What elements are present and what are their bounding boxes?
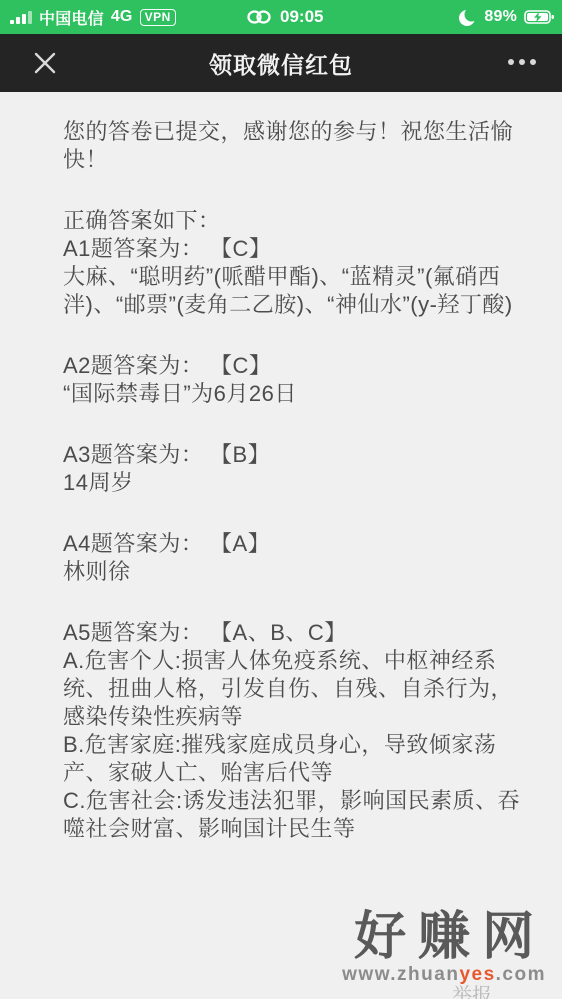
answer-content: 您的答卷已提交，感谢您的参与！祝您生活愉快！正确答案如下：A1题答案为： 【C】… <box>0 92 562 843</box>
status-bar-right: 89% <box>458 0 555 34</box>
carrier-label: 中国电信 <box>39 6 104 29</box>
text-line: 产、家破人亡、贻害后代等 <box>63 759 522 787</box>
text-line: A2题答案为： 【C】 <box>63 352 522 380</box>
network-type-label: 4G <box>111 8 133 26</box>
site-url-highlight: yes <box>459 964 495 985</box>
text-line: 噬社会财富、影响国计民生等 <box>63 815 522 843</box>
page-title: 领取微信红包 <box>0 34 562 92</box>
time-label: 09:05 <box>280 7 323 27</box>
text-line: 感染传染性疾病等 <box>63 703 522 731</box>
page: 中国电信 4G VPN 09:05 89% <box>0 0 562 999</box>
text-line: 您的答卷已提交，感谢您的参与！祝您生活愉 <box>63 118 522 146</box>
status-bar-center: 09:05 <box>246 0 323 34</box>
text-line: 正确答案如下： <box>63 207 522 235</box>
text-line: A1题答案为： 【C】 <box>63 235 522 263</box>
do-not-disturb-moon-icon <box>458 8 477 27</box>
text-line: A5题答案为： 【A、B、C】 <box>63 619 522 647</box>
more-dots-icon <box>508 59 514 65</box>
text-line: 林则徐 <box>63 558 522 586</box>
text-line: A4题答案为： 【A】 <box>63 530 522 558</box>
text-line: 快！ <box>63 146 522 174</box>
watermark: 好赚网 www.zhuanyes.com 举报 <box>342 910 546 999</box>
text-section: A5题答案为： 【A、B、C】A.危害个人:损害人体免疫系统、中枢神经系统、扭曲… <box>63 619 522 843</box>
nav-bar: 领取微信红包 <box>0 34 562 92</box>
text-line: B.危害家庭:摧残家庭成员身心，导致倾家荡 <box>63 731 522 759</box>
battery-charging-icon <box>524 9 555 25</box>
text-line: 泮)、“邮票”(麦角二乙胺)、“神仙水”(y-羟丁酸) <box>63 291 522 319</box>
text-line: 统、扭曲人格，引发自伤、自残、自杀行为， <box>63 675 522 703</box>
site-logo-text: 好赚网 <box>354 910 546 964</box>
text-line: 14周岁 <box>63 469 522 497</box>
battery-percent-label: 89% <box>484 8 517 26</box>
vpn-badge: VPN <box>140 9 176 26</box>
link-icon <box>246 9 272 25</box>
text-section: A3题答案为： 【B】14周岁 <box>63 441 522 497</box>
status-bar: 中国电信 4G VPN 09:05 89% <box>0 0 562 34</box>
text-line: C.危害社会:诱发违法犯罪，影响国民素质、吞 <box>63 787 522 815</box>
report-link[interactable]: 举报 <box>452 985 492 999</box>
text-line: 大麻、“聪明药”(哌醋甲酯)、“蓝精灵”(氟硝西 <box>63 263 522 291</box>
text-section: 您的答卷已提交，感谢您的参与！祝您生活愉快！ <box>63 118 522 174</box>
more-button[interactable] <box>508 55 536 69</box>
site-url: www.zhuanyes.com <box>342 965 546 985</box>
text-section: 正确答案如下：A1题答案为： 【C】大麻、“聪明药”(哌醋甲酯)、“蓝精灵”(氟… <box>63 207 522 319</box>
text-line: A3题答案为： 【B】 <box>63 441 522 469</box>
text-section: A4题答案为： 【A】林则徐 <box>63 530 522 586</box>
status-bar-left: 中国电信 4G VPN <box>10 0 176 34</box>
signal-strength-icon <box>10 11 32 24</box>
text-section: A2题答案为： 【C】“国际禁毒日”为6月26日 <box>63 352 522 408</box>
text-line: “国际禁毒日”为6月26日 <box>63 380 522 408</box>
text-line: A.危害个人:损害人体免疫系统、中枢神经系 <box>63 647 522 675</box>
